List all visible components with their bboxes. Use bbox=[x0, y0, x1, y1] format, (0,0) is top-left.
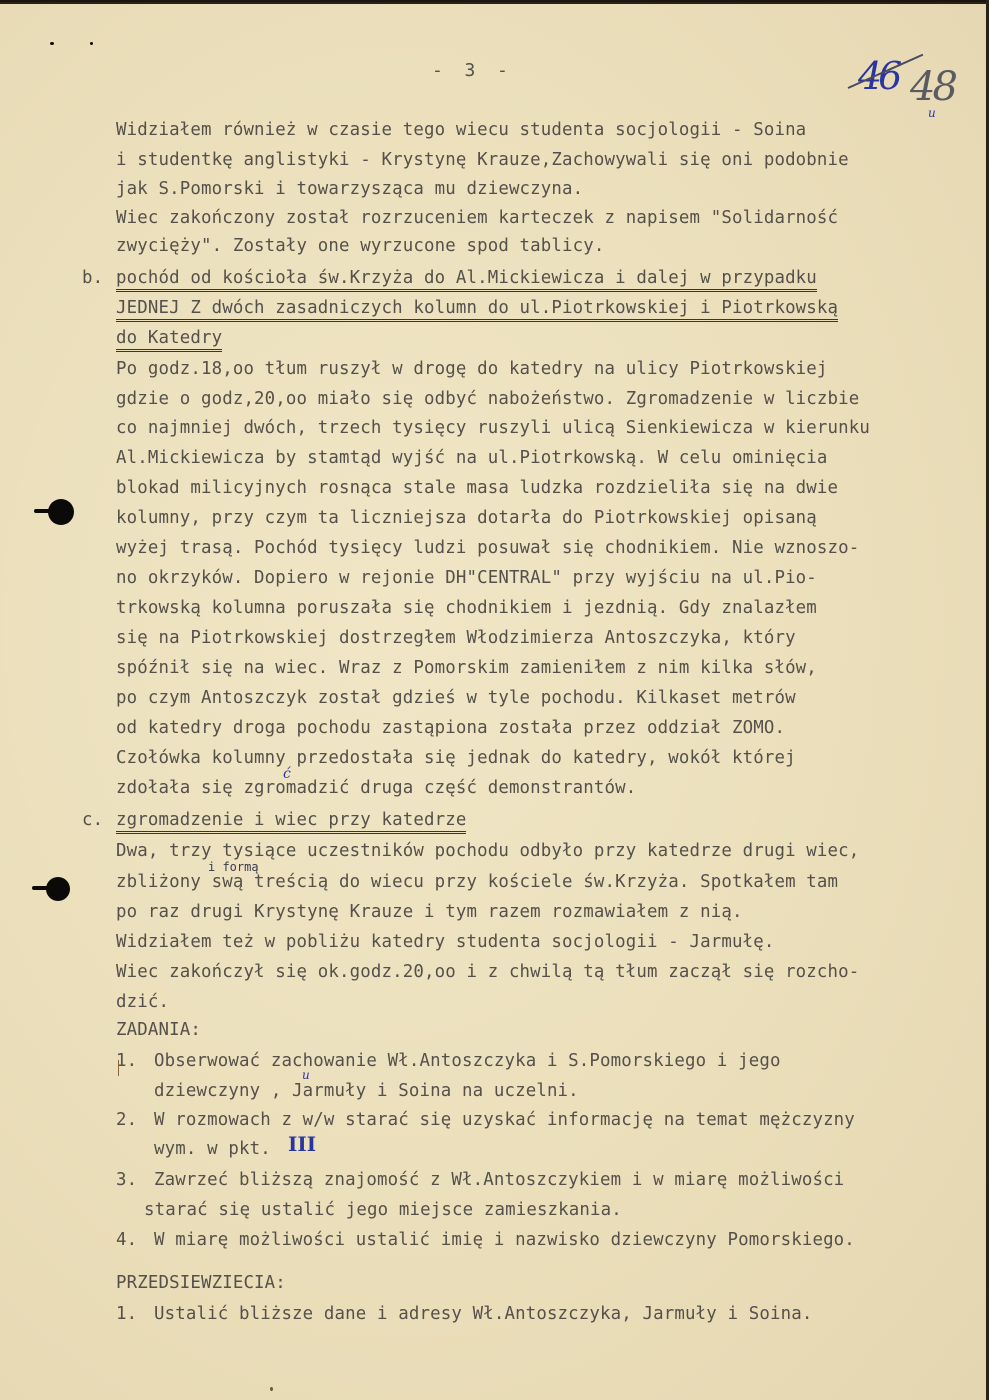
text-line: spóźnił się na wiec. Wraz z Pomorskim za… bbox=[116, 658, 817, 678]
text-line: zdołała się zgromadzić druga część demon… bbox=[116, 778, 636, 798]
text-line: Wiec zakończył się ok.godz.20,oo i z chw… bbox=[116, 962, 859, 982]
text-line: po czym Antoszczyk został gdzieś w tyle … bbox=[116, 688, 796, 708]
pencil-mark bbox=[118, 1060, 119, 1076]
text-line: się na Piotrkowskiej dostrzegłem Włodzim… bbox=[116, 628, 796, 648]
text-line: Widziałem również w czasie tego wiecu st… bbox=[116, 120, 806, 140]
zadania-item-line: Zawrzeć bliższą znajomość z Wł.Antoszczy… bbox=[154, 1170, 844, 1190]
text-line: Al.Mickiewicza by stamtąd wyjść na ul.Pi… bbox=[116, 448, 828, 468]
text-line: jak S.Pomorski i towarzysząca mu dziewcz… bbox=[116, 179, 583, 199]
document-page: - 3 - 46 48 u Widziałem również w czasie… bbox=[0, 2, 986, 1400]
text-line: trkowską kolumna poruszała się chodnikie… bbox=[116, 598, 817, 618]
text-line: no okrzyków. Dopiero w rejonie DH"CENTRA… bbox=[116, 568, 817, 588]
handwritten-correction-zgromadzic: ć bbox=[283, 766, 291, 782]
section-b-heading-line: do Katedry bbox=[116, 328, 222, 352]
text-line: blokad milicyjnych rosnąca stale masa lu… bbox=[116, 478, 838, 498]
zadania-item-line: starać się ustalić jego miejsce zamieszk… bbox=[144, 1200, 622, 1220]
zadania-item-line: W miarę możliwości ustalić imię i nazwis… bbox=[154, 1230, 855, 1250]
text-line: Po godz.18,oo tłum ruszył w drogę do kat… bbox=[116, 359, 828, 379]
handwritten-point-reference: III bbox=[288, 1132, 316, 1156]
ink-speck bbox=[90, 42, 93, 45]
text-line: kolumny, przy czym ta liczniejsza dotarł… bbox=[116, 508, 817, 528]
text-line: od katedry droga pochodu zastąpiona zost… bbox=[116, 718, 785, 738]
section-c-heading: zgromadzenie i wiec przy katedrze bbox=[116, 810, 466, 834]
przedsiewziecia-heading: PRZEDSIEWZIECIA: bbox=[116, 1273, 286, 1293]
text-line: zwycięży". Zostały one wyrzucone spod ta… bbox=[116, 236, 605, 256]
ink-speck bbox=[50, 42, 54, 45]
przedsiewziecia-item-line: Ustalić bliższe dane i adresy Wł.Antoszc… bbox=[154, 1304, 812, 1324]
section-b-heading-line: JEDNEJ Z dwóch zasadniczych kolumn do ul… bbox=[116, 298, 838, 322]
folio-number-crossed-out: 46 bbox=[858, 54, 898, 98]
przedsiewziecia-item-number: 1. bbox=[116, 1304, 137, 1324]
handwritten-correction-soina: u bbox=[928, 106, 936, 120]
zadania-item-line: Obserwować zachowanie Wł.Antoszczyka i S… bbox=[154, 1051, 781, 1071]
text-line: Wiec zakończony został rozrzuceniem kart… bbox=[116, 208, 838, 228]
text-line: co najmniej dwóch, trzech tysięcy ruszyl… bbox=[116, 418, 870, 438]
zadania-item-line: W rozmowach z w/w starać się uzyskać inf… bbox=[154, 1110, 855, 1130]
section-b-marker: b. bbox=[82, 268, 103, 288]
text-line: zbliżony swą treścią do wiecu przy kości… bbox=[116, 872, 838, 892]
folio-number: 48 bbox=[910, 64, 955, 110]
ink-speck bbox=[270, 1387, 273, 1391]
section-c-marker: c. bbox=[82, 810, 103, 830]
handwritten-correction-soina: u bbox=[302, 1068, 310, 1082]
text-line: po raz drugi Krystynę Krauze i tym razem… bbox=[116, 902, 743, 922]
zadania-heading: ZADANIA: bbox=[116, 1020, 201, 1040]
zadania-item-line: wym. w pkt. bbox=[154, 1139, 271, 1159]
text-line: dzić. bbox=[116, 992, 169, 1012]
page-number: - 3 - bbox=[432, 60, 508, 81]
zadania-item-number: 4. bbox=[116, 1230, 137, 1250]
text-line: wyżej trasą. Pochód tysięcy ludzi posuwa… bbox=[116, 538, 859, 558]
scan-edge-top bbox=[0, 2, 989, 4]
text-line: gdzie o godz,20,oo miało się odbyć naboż… bbox=[116, 389, 859, 409]
section-b-heading-line: pochód od kościoła św.Krzyża do Al.Micki… bbox=[116, 268, 817, 292]
zadania-item-number: 3. bbox=[116, 1170, 137, 1190]
zadania-item-number: 2. bbox=[116, 1110, 137, 1130]
text-line: Dwa, trzy tysiące uczestników pochodu od… bbox=[116, 841, 859, 861]
text-line: Widziałem też w pobliżu katedry studenta… bbox=[116, 932, 774, 952]
punch-hole-tear bbox=[34, 509, 54, 513]
text-line: i studentkę anglistyki - Krystynę Krauze… bbox=[116, 150, 849, 170]
text-line: Czołówka kolumny przedostała się jednak … bbox=[116, 748, 796, 768]
punch-hole-tear bbox=[32, 886, 50, 890]
zadania-item-line: dziewczyny , Jarmuły i Soina na uczelni. bbox=[154, 1081, 579, 1101]
zadania-item-number: 1. bbox=[116, 1051, 137, 1071]
